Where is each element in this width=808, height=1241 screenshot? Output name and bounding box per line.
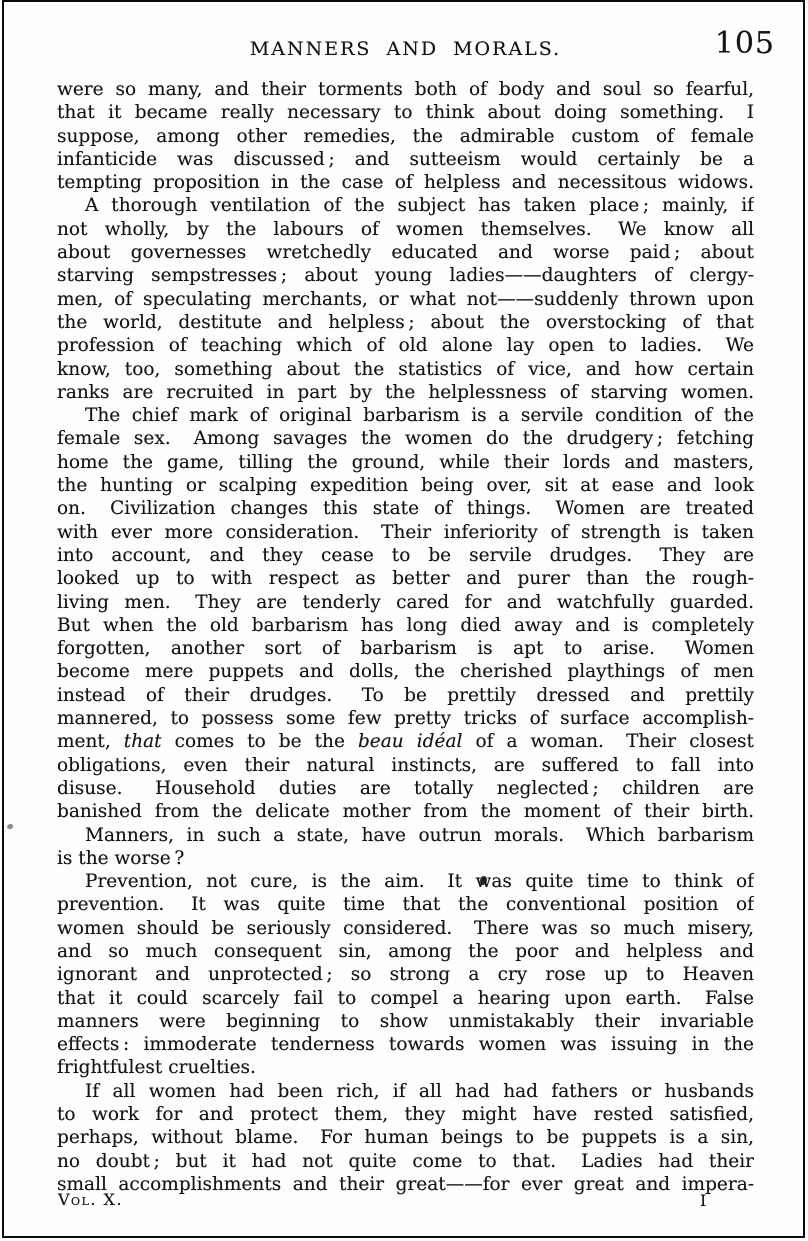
plain-text: comes to be the	[162, 731, 358, 752]
text-line: manners were beginning to show unmistaka…	[57, 1010, 754, 1033]
text-line: women should be seriously considered. Th…	[57, 917, 754, 940]
text-line: If all women had been rich, if all had h…	[57, 1080, 754, 1103]
page-number: 105	[715, 26, 775, 61]
text-line: female sex. Among savages the women do t…	[57, 427, 754, 450]
text-line: starving sempstresses ; about young ladi…	[57, 264, 754, 287]
paragraph: If all women had been rich, if all had h…	[57, 1080, 754, 1196]
text-line: the hunting or scalping expedition being…	[57, 474, 754, 497]
text-line: obligations, even their natural instinct…	[57, 754, 754, 777]
text-line: suppose, among other remedies, the admir…	[57, 125, 754, 148]
text-line: that it could scarcely fail to compel a …	[57, 987, 754, 1010]
text-line: that it became really necessary to think…	[57, 101, 754, 124]
text-line: living men. They are tenderly cared for …	[57, 591, 754, 614]
text-line: Prevention, not cure, is the aim. It was…	[57, 870, 754, 893]
text-line: not wholly, by the labours of women them…	[57, 218, 754, 241]
italic-text: beau idéal	[358, 731, 462, 752]
text-line: and so much consequent sin, among the po…	[57, 940, 754, 963]
paragraph: A thorough ventilation of the subject ha…	[57, 194, 754, 404]
text-line: home the game, tilling the ground, while…	[57, 451, 754, 474]
text-line: with ever more consideration. Their infe…	[57, 521, 754, 544]
text-line: men, of speculating merchants, or what n…	[57, 288, 754, 311]
paragraph: The chief mark of original barbarism is …	[57, 404, 754, 823]
text-line: become mere puppets and dolls, the cheri…	[57, 660, 754, 683]
text-line: A thorough ventilation of the subject ha…	[57, 194, 754, 217]
text-line: Manners, in such a state, have outrun mo…	[57, 824, 754, 847]
text-line: infanticide was discussed ; and sutteeis…	[57, 148, 754, 171]
text-line: frightfulest cruelties.	[57, 1056, 754, 1079]
page-body: were so many, and their torments both of…	[57, 78, 754, 1196]
text-line: banished from the delicate mother from t…	[57, 800, 754, 823]
text-line: forgotten, another sort of barbarism is …	[57, 637, 754, 660]
text-line: the world, destitute and helpless ; abou…	[57, 311, 754, 334]
text-line: tempting proposition in the case of help…	[57, 171, 754, 194]
paragraph: Prevention, not cure, is the aim. It was…	[57, 870, 754, 1080]
text-line: about governesses wretchedly educated an…	[57, 241, 754, 264]
text-line: into account, and they cease to be servi…	[57, 544, 754, 567]
text-line: know, too, something about the statistic…	[57, 358, 754, 381]
paragraph: were so many, and their torments both of…	[57, 78, 754, 194]
plain-text: ment,	[57, 731, 124, 752]
text-line: mannered, to possess some few pretty tri…	[57, 707, 754, 730]
text-line: perhaps, without blame. For human beings…	[57, 1126, 754, 1149]
text-line: instead of their drudges. To be prettily…	[57, 684, 754, 707]
book-page: MANNERS AND MORALS. 105 were so many, an…	[0, 0, 808, 1241]
text-line: on. Civilization changes this state of t…	[57, 497, 754, 520]
text-line: small accomplishments and their great——f…	[57, 1173, 754, 1196]
text-line: ment, that comes to be the beau idéal of…	[57, 730, 754, 753]
text-line: But when the old barbarism has long died…	[57, 614, 754, 637]
italic-text: that	[124, 731, 162, 752]
paragraph: Manners, in such a state, have outrun mo…	[57, 824, 754, 871]
text-line: no doubt ; but it had not quite come to …	[57, 1150, 754, 1173]
signature-mark: I	[700, 1191, 706, 1210]
text-line: were so many, and their torments both of…	[57, 78, 754, 101]
text-line: disuse. Household duties are totally neg…	[57, 777, 754, 800]
text-line: to work for and protect them, they might…	[57, 1103, 754, 1126]
text-line: ignorant and unprotected ; so strong a c…	[57, 963, 754, 986]
text-line: The chief mark of original barbarism is …	[57, 404, 754, 427]
text-line: is the worse ?	[57, 847, 754, 870]
volume-label: Vol. X.	[58, 1190, 123, 1209]
text-line: effects : immoderate tenderness towards …	[57, 1033, 754, 1056]
running-title: MANNERS AND MORALS.	[57, 38, 754, 60]
text-line: profession of teaching which of old alon…	[57, 334, 754, 357]
plain-text: of a woman. Their closest	[462, 731, 754, 752]
text-line: ranks are recruited in part by the helpl…	[57, 381, 754, 404]
ink-speck-margin	[7, 824, 13, 829]
text-line: looked up to with respect as better and …	[57, 567, 754, 590]
text-line: prevention. It was quite time that the c…	[57, 893, 754, 916]
